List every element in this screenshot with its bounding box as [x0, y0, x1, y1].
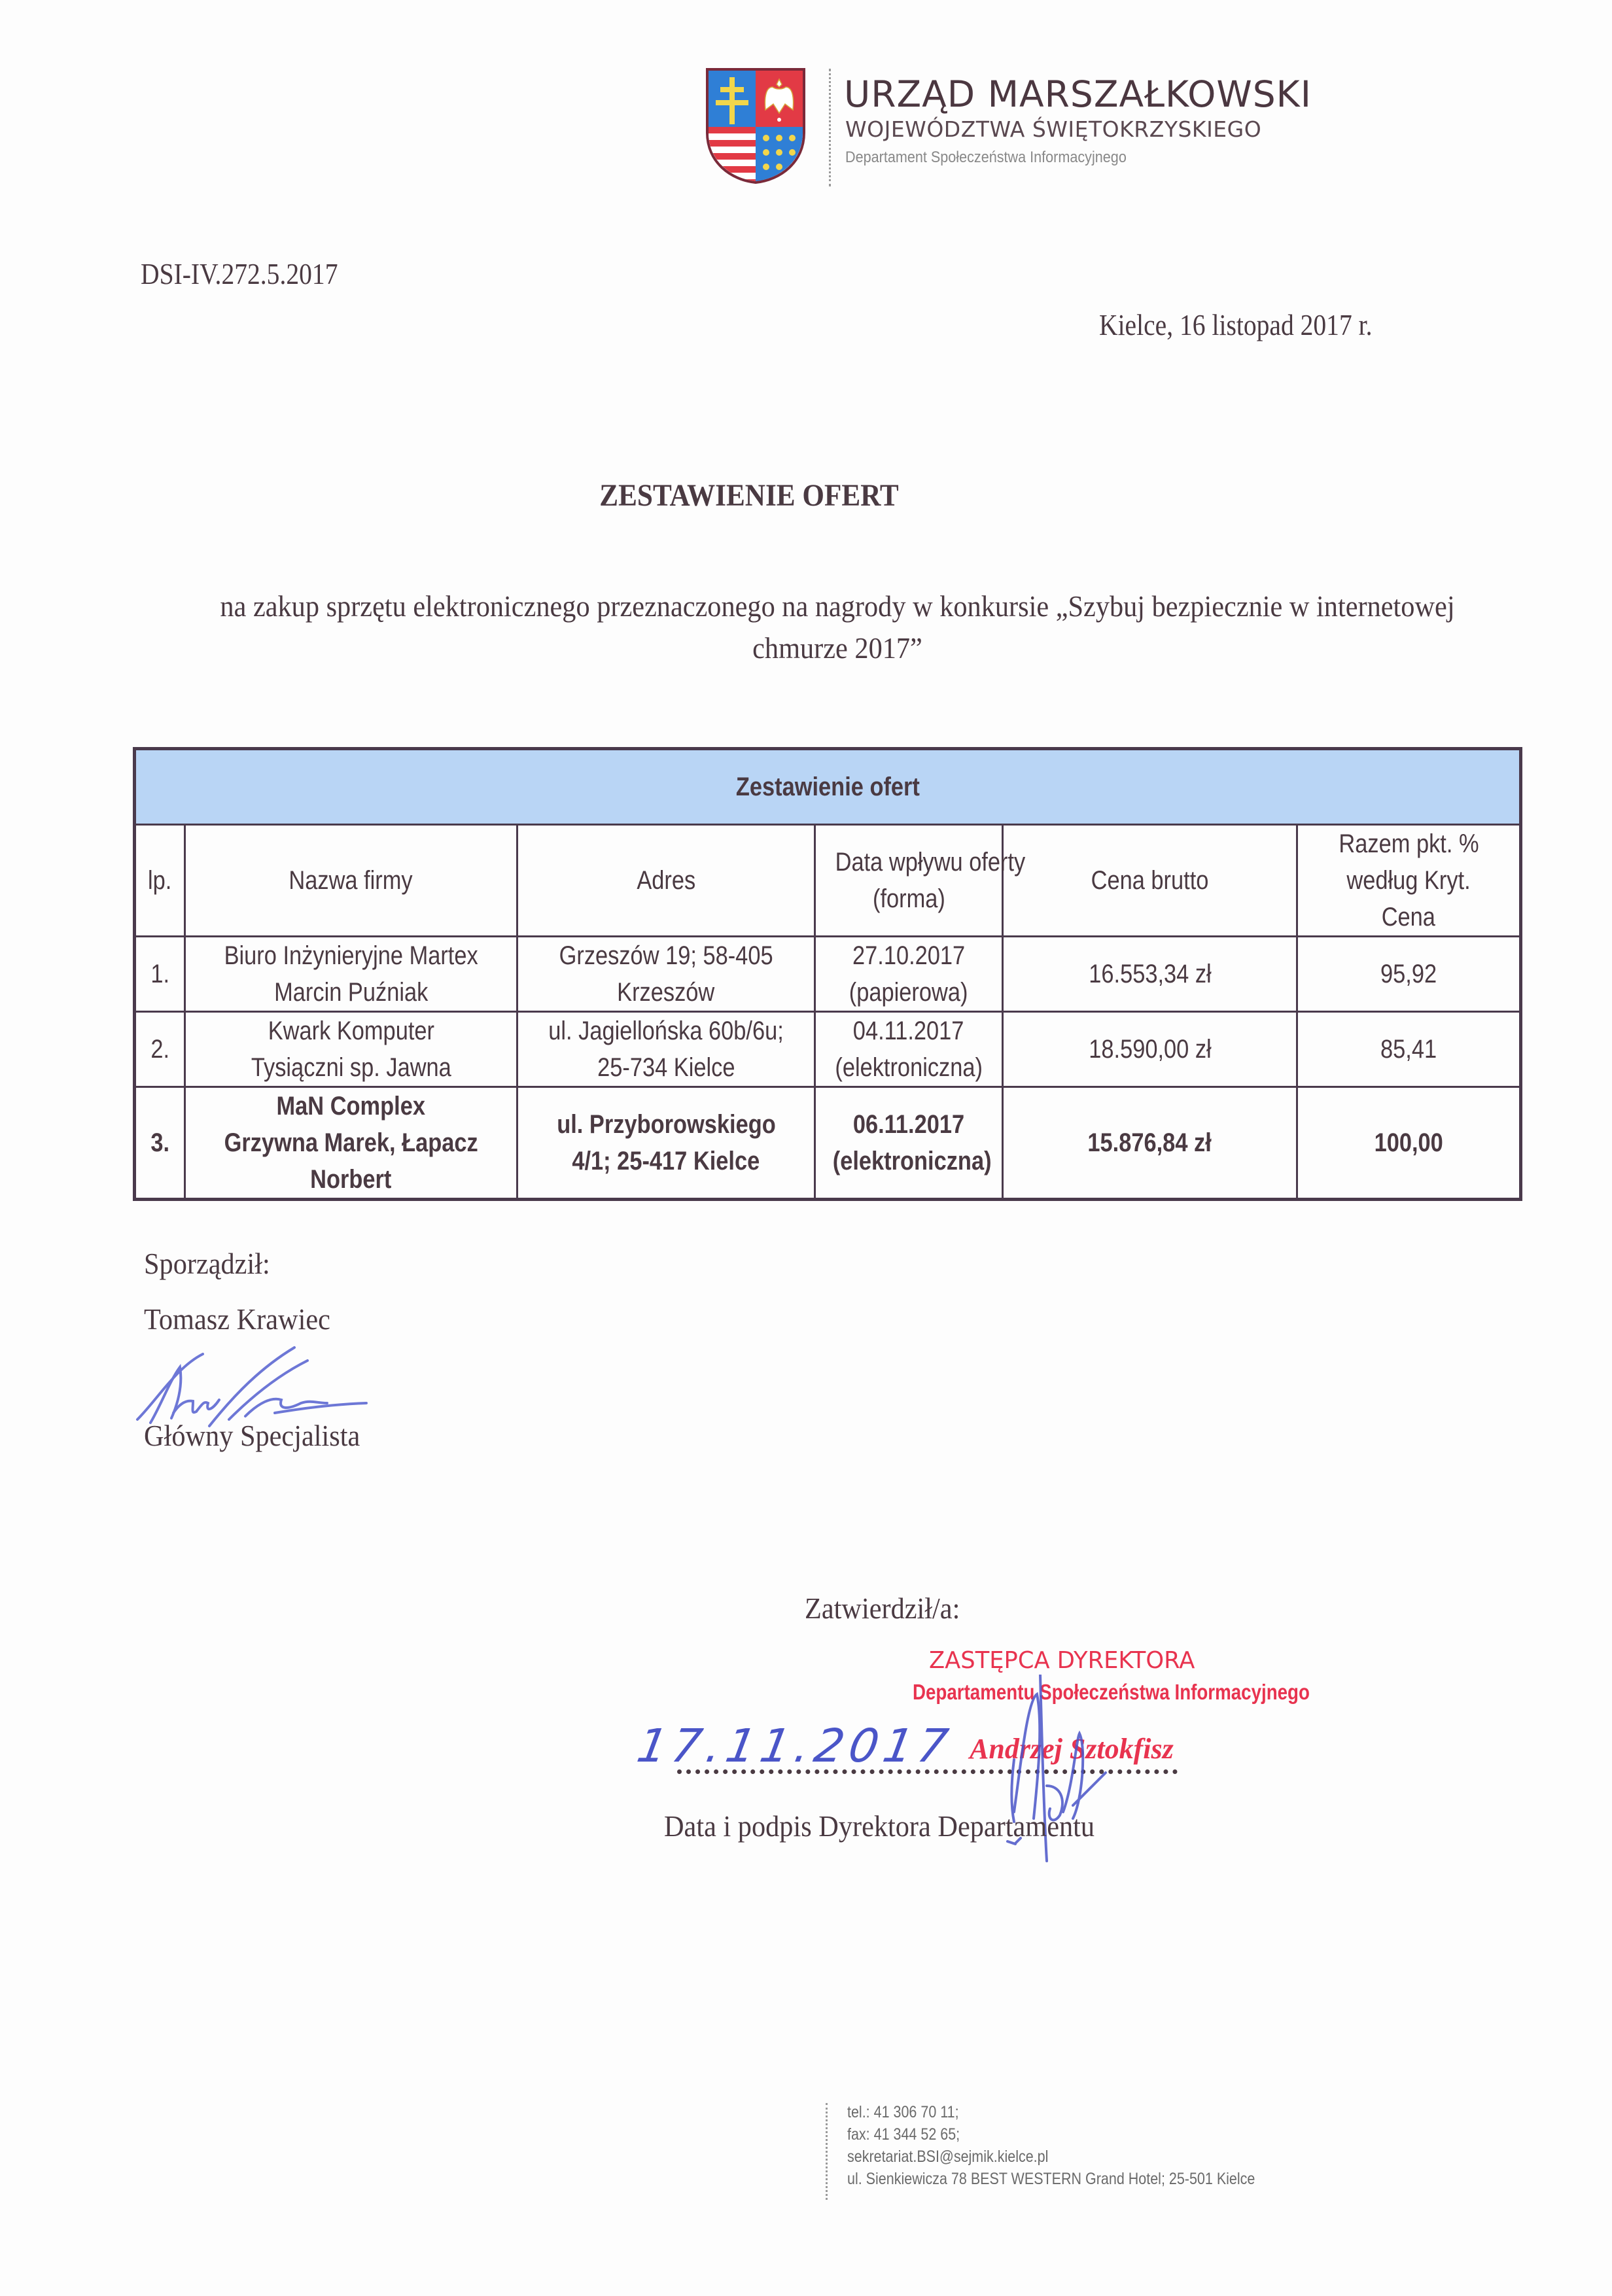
table-caption: Zestawienie ofert	[135, 749, 1521, 825]
cell-score: 85,41	[1297, 1012, 1521, 1087]
office-name: URZĄD MARSZAŁKOWSKI	[844, 73, 1312, 115]
place-and-date: Kielce, 16 listopad 2017 r.	[1099, 307, 1373, 342]
cell-address: ul. Jagiellońska 60b/6u;25-734 Kielce	[517, 1012, 815, 1087]
document-subtitle: na zakup sprzętu elektronicznego przezna…	[205, 585, 1469, 669]
coat-of-arms-icon	[705, 67, 806, 184]
table-header-row: lp. Nazwa firmy Adres Data wpływu oferty…	[135, 825, 1521, 937]
col-header-price: Cena brutto	[1003, 825, 1297, 937]
offers-table: Zestawienie ofert lp. Nazwa firmy Adres …	[133, 747, 1522, 1201]
col-header-score: Razem pkt. %według Kryt.Cena	[1297, 825, 1521, 937]
table-row: 3. MaN ComplexGrzywna Marek, ŁapaczNorbe…	[135, 1087, 1521, 1200]
table-row: 1. Biuro Inżynieryjne MartexMarcin Puźni…	[135, 937, 1521, 1012]
col-header-address: Adres	[517, 825, 815, 937]
cell-score: 95,92	[1297, 937, 1521, 1012]
cell-date: 04.11.2017(elektroniczna)	[815, 1012, 1003, 1087]
stamp-title: ZASTĘPCA DYREKTORA	[929, 1647, 1195, 1674]
footer-phone: tel.: 41 306 70 11;	[847, 2101, 1255, 2123]
cell-lp: 2.	[135, 1012, 185, 1087]
cell-address: ul. Przyborowskiego4/1; 25-417 Kielce	[517, 1087, 815, 1200]
table-row: 2. Kwark KomputerTysiączni sp. Jawna ul.…	[135, 1012, 1521, 1087]
approver-caption: Data i podpis Dyrektora Departamentu	[664, 1809, 1095, 1843]
letterhead-divider	[829, 69, 831, 186]
cell-price: 18.590,00 zł	[1003, 1012, 1297, 1087]
col-header-lp: lp.	[135, 825, 185, 937]
prepared-by-name: Tomasz Krawiec	[144, 1302, 330, 1336]
cell-date: 27.10.2017(papierowa)	[815, 937, 1003, 1012]
cell-name: Biuro Inżynieryjne MartexMarcin Puźniak	[185, 937, 517, 1012]
footer-address: ul. Sienkiewicza 78 BEST WESTERN Grand H…	[847, 2168, 1255, 2190]
department-name: Departament Społeczeństwa Informacyjnego	[845, 148, 1127, 167]
footer-fax: fax: 41 344 52 65;	[847, 2123, 1255, 2146]
footer-divider	[826, 2103, 828, 2200]
col-header-name: Nazwa firmy	[185, 825, 517, 937]
cell-price: 16.553,34 zł	[1003, 937, 1297, 1012]
cell-lp: 3.	[135, 1087, 185, 1200]
contact-footer: tel.: 41 306 70 11; fax: 41 344 52 65; s…	[847, 2101, 1255, 2190]
document-title: ZESTAWIENIE OFERT	[75, 478, 1424, 513]
cell-name: Kwark KomputerTysiączni sp. Jawna	[185, 1012, 517, 1087]
approved-by-label: Zatwierdził/a:	[805, 1591, 960, 1626]
prepared-by-role: Główny Specjalista	[144, 1418, 360, 1453]
cell-score: 100,00	[1297, 1087, 1521, 1200]
col-header-date: Data wpływu oferty(forma)	[815, 825, 1003, 937]
reference-number: DSI-IV.272.5.2017	[141, 256, 338, 291]
cell-date: 06.11.2017(elektroniczna)	[815, 1087, 1003, 1200]
footer-email: sekretariat.BSI@sejmik.kielce.pl	[847, 2146, 1255, 2168]
cell-lp: 1.	[135, 937, 185, 1012]
region-name: WOJEWÓDZTWA ŚWIĘTOKRZYSKIEGO	[845, 116, 1261, 142]
prepared-by-label: Sporządził:	[144, 1246, 270, 1281]
cell-address: Grzeszów 19; 58-405Krzeszów	[517, 937, 815, 1012]
cell-price: 15.876,84 zł	[1003, 1087, 1297, 1200]
handwritten-date: 17.11.2017	[633, 1719, 957, 1773]
cell-name: MaN ComplexGrzywna Marek, ŁapaczNorbert	[185, 1087, 517, 1200]
